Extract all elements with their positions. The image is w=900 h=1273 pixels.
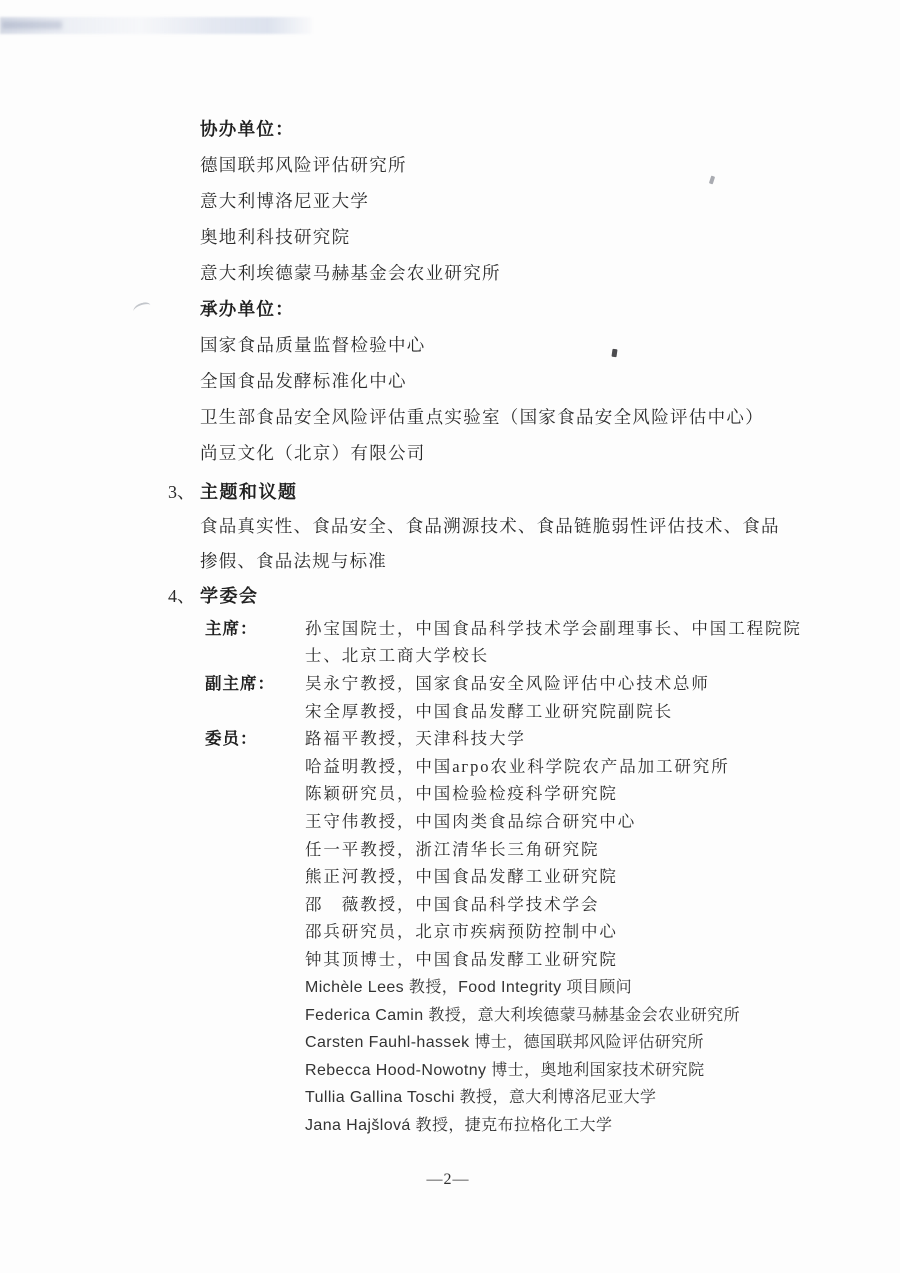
committee-row: 任一平教授，浙江清华长三角研究院 — [205, 834, 865, 862]
committee-member: 邵兵研究员，北京市疾病预防控制中心 — [305, 918, 618, 942]
committee-member: 陈颖研究员，中国检验检疫科学研究院 — [305, 780, 618, 804]
committee-member: 吴永宁教授，国家食品安全风险评估中心技术总师 — [305, 670, 710, 694]
organizers-block: 协办单位： 德国联邦风险评估研究所 意大利博洛尼亚大学 奥地利科技研究院 意大利… — [200, 110, 840, 471]
co-organizer-item: 意大利博洛尼亚大学 — [200, 182, 840, 218]
committee-row: 邵 薇教授，中国食品科学技术学会 — [205, 889, 865, 917]
committee-member: Carsten Fauhl-hassek 博士，德国联邦风险评估研究所 — [305, 1029, 704, 1052]
committee-member: Tullia Gallina Toschi 教授，意大利博洛尼亚大学 — [305, 1084, 656, 1107]
committee-row: 士、北京工商大学校长 — [205, 641, 865, 669]
committee-row: 哈益明教授，中国агро农业科学院农产品加工研究所 — [205, 751, 865, 779]
committee-row: 王守伟教授，中国肉类食品综合研究中心 — [205, 806, 865, 834]
committee-list: 主席： 孙宝国院士，中国食品科学技术学会副理事长、中国工程院院 士、北京工商大学… — [205, 613, 865, 1137]
scan-smudge-band — [0, 17, 312, 34]
committee-row: 宋全厚教授，中国食品发酵工业研究院副院长 — [205, 696, 865, 724]
committee-row: 副主席： 吴永宁教授，国家食品安全风险评估中心技术总师 — [205, 668, 865, 696]
committee-row: Carsten Fauhl-hassek 博士，德国联邦风险评估研究所 — [205, 1027, 865, 1055]
committee-row: 邵兵研究员，北京市疾病预防控制中心 — [205, 917, 865, 945]
committee-row: 主席： 孙宝国院士，中国食品科学技术学会副理事长、中国工程院院 — [205, 613, 865, 641]
committee-row: Tullia Gallina Toschi 教授，意大利博洛尼亚大学 — [205, 1082, 865, 1110]
committee-member: 孙宝国院士，中国食品科学技术学会副理事长、中国工程院院 — [305, 615, 802, 639]
committee-row: 陈颖研究员，中国检验检疫科学研究院 — [205, 779, 865, 807]
committee-row: 钟其顶博士，中国食品发酵工业研究院 — [205, 944, 865, 972]
committee-row: Michèle Lees 教授，Food Integrity 项目顾问 — [205, 972, 865, 1000]
committee-member: Federica Camin 教授，意大利埃德蒙马赫基金会农业研究所 — [305, 1002, 740, 1025]
committee-member: 路福平教授，天津科技大学 — [305, 725, 526, 749]
committee-role-label: 主席： — [205, 615, 305, 639]
committee-row: 委员： 路福平教授，天津科技大学 — [205, 723, 865, 751]
committee-member: 钟其顶博士，中国食品发酵工业研究院 — [305, 946, 618, 970]
document-page: 协办单位： 德国联邦风险评估研究所 意大利博洛尼亚大学 奥地利科技研究院 意大利… — [0, 0, 900, 1273]
page-number: —2— — [0, 1171, 896, 1189]
section-number: 3、 — [168, 478, 200, 504]
co-organizer-item: 奥地利科技研究院 — [200, 218, 840, 254]
section-number: 4、 — [168, 582, 200, 608]
co-organizer-item: 意大利埃德蒙马赫基金会农业研究所 — [200, 254, 840, 290]
topics-line: 食品真实性、食品安全、食品溯源技术、食品链脆弱性评估技术、食品 — [200, 513, 840, 538]
committee-member: 熊正河教授，中国食品发酵工业研究院 — [305, 863, 618, 887]
committee-member: 哈益明教授，中国агро农业科学院农产品加工研究所 — [305, 753, 730, 777]
scan-pen-mark — [132, 301, 152, 316]
committee-member: Jana Hajšlová 教授，捷克布拉格化工大学 — [305, 1112, 612, 1135]
committee-row: Jana Hajšlová 教授，捷克布拉格化工大学 — [205, 1110, 865, 1138]
section-title: 学委会 — [200, 586, 259, 606]
organizer-item: 全国食品发酵标准化中心 — [200, 363, 840, 399]
committee-member: 王守伟教授，中国肉类食品综合研究中心 — [305, 808, 636, 832]
committee-row: 熊正河教授，中国食品发酵工业研究院 — [205, 861, 865, 889]
organizers-heading: 承办单位： — [200, 290, 840, 326]
organizer-item: 卫生部食品安全风险评估重点实验室（国家食品安全风险评估中心） — [200, 399, 840, 435]
organizer-item: 尚豆文化（北京）有限公司 — [200, 435, 840, 471]
section-committee-heading: 4、学委会 — [168, 582, 259, 608]
co-organizers-heading: 协办单位： — [200, 110, 840, 146]
organizer-item: 国家食品质量监督检验中心 — [200, 327, 840, 363]
topics-line: 掺假、食品法规与标准 — [200, 548, 840, 573]
committee-row: Federica Camin 教授，意大利埃德蒙马赫基金会农业研究所 — [205, 999, 865, 1027]
committee-member: 邵 薇教授，中国食品科学技术学会 — [305, 891, 599, 915]
committee-member: Rebecca Hood-Nowotny 博士，奥地利国家技术研究院 — [305, 1057, 704, 1080]
section-topics-heading: 3、主题和议题 — [168, 478, 298, 504]
committee-role-label: 副主席： — [205, 670, 305, 694]
co-organizer-item: 德国联邦风险评估研究所 — [200, 146, 840, 182]
committee-row: Rebecca Hood-Nowotny 博士，奥地利国家技术研究院 — [205, 1055, 865, 1083]
committee-member: 宋全厚教授，中国食品发酵工业研究院副院长 — [305, 698, 673, 722]
committee-member: 士、北京工商大学校长 — [305, 642, 489, 666]
committee-role-label: 委员： — [205, 725, 305, 749]
committee-member: 任一平教授，浙江清华长三角研究院 — [305, 836, 599, 860]
section-title: 主题和议题 — [200, 482, 298, 502]
committee-member: Michèle Lees 教授，Food Integrity 项目顾问 — [305, 974, 632, 997]
